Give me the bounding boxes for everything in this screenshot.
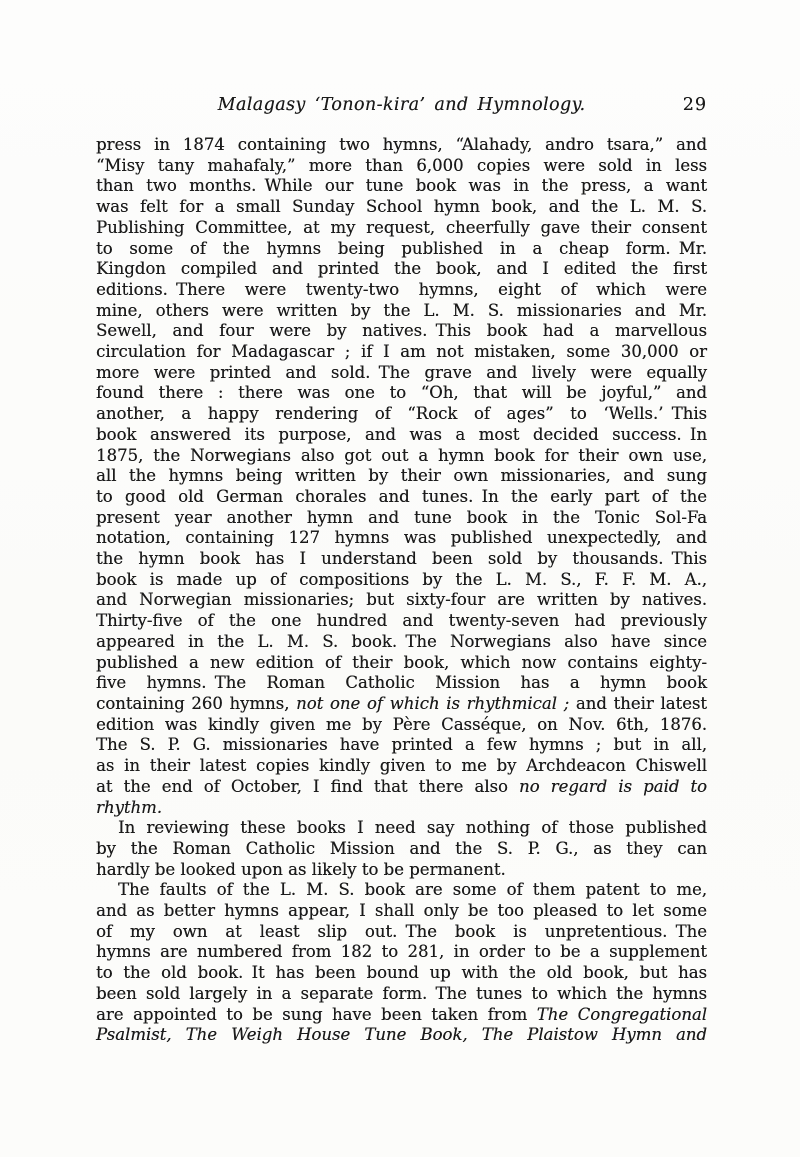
text-line: published a new edition of their book, w… <box>96 653 707 674</box>
text-line: mine, others were written by the L. M. S… <box>96 301 707 322</box>
text-line: press in 1874 containing two hymns, “Ala… <box>96 135 707 156</box>
text-line: than two months. While our tune book was… <box>96 176 707 197</box>
text-line: In reviewing these books I need say noth… <box>96 818 707 839</box>
text-line: book answered its purpose, and was a mos… <box>96 425 707 446</box>
text-line: been sold largely in a separate form. Th… <box>96 984 707 1005</box>
text-line: Psalmist, The Weigh House Tune Book, The… <box>96 1025 707 1046</box>
text-line: the hymn book has I understand been sold… <box>96 549 707 570</box>
text-line: Publishing Committee, at my request, che… <box>96 218 707 239</box>
text-line: and Norwegian missionaries; but sixty-fo… <box>96 590 707 611</box>
text-line: five hymns. The Roman Catholic Mission h… <box>96 673 707 694</box>
text-line: Thirty-five of the one hundred and twent… <box>96 611 707 632</box>
text-line: hardly be looked upon as likely to be pe… <box>96 860 707 881</box>
text-line: and as better hymns appear, I shall only… <box>96 901 707 922</box>
text-line: circulation for Madagascar ; if I am not… <box>96 342 707 363</box>
text-line: by the Roman Catholic Mission and the S.… <box>96 839 707 860</box>
text-line: notation, containing 127 hymns was publi… <box>96 528 707 549</box>
text-line: “Misy tany mahafaly,” more than 6,000 co… <box>96 156 707 177</box>
paragraph: The faults of the L. M. S. book are some… <box>96 880 707 1046</box>
text-line: as in their latest copies kindly given t… <box>96 756 707 777</box>
text-line: editions. There were twenty-two hymns, e… <box>96 280 707 301</box>
text-line: to the old book. It has been bound up wi… <box>96 963 707 984</box>
text-line: 1875, the Norwegians also got out a hymn… <box>96 446 707 467</box>
text-line: The S. P. G. missionaries have printed a… <box>96 735 707 756</box>
text-line: are appointed to be sung have been taken… <box>96 1005 707 1026</box>
text-line: to good old German chorales and tunes. I… <box>96 487 707 508</box>
page-number: 29 <box>683 94 707 116</box>
text-line: present year another hymn and tune book … <box>96 508 707 529</box>
text-line: another, a happy rendering of “Rock of a… <box>96 404 707 425</box>
text-line: more were printed and sold. The grave an… <box>96 363 707 384</box>
text-line: found there : there was one to “Oh, that… <box>96 383 707 404</box>
text-line: hymns are numbered from 182 to 281, in o… <box>96 942 707 963</box>
text-line: rhythm. <box>96 798 707 819</box>
text-line: book is made up of compositions by the L… <box>96 570 707 591</box>
text-line: at the end of October, I find that there… <box>96 777 707 798</box>
text-line: Kingdon compiled and printed the book, a… <box>96 259 707 280</box>
text-line: all the hymns being written by their own… <box>96 466 707 487</box>
paragraph: press in 1874 containing two hymns, “Ala… <box>96 135 707 818</box>
text-line: Sewell, and four were by natives. This b… <box>96 321 707 342</box>
text-line: edition was kindly given me by Père Cass… <box>96 715 707 736</box>
text-line: to some of the hymns being published in … <box>96 239 707 260</box>
book-page: Malagasy ‘Tonon-kira’ and Hymnology. 29 … <box>0 0 800 1157</box>
text-block: press in 1874 containing two hymns, “Ala… <box>96 135 707 1046</box>
text-line: The faults of the L. M. S. book are some… <box>96 880 707 901</box>
text-line: of my own at least slip out. The book is… <box>96 922 707 943</box>
paragraph: In reviewing these books I need say noth… <box>96 818 707 880</box>
text-line: was felt for a small Sunday School hymn … <box>96 197 707 218</box>
running-head: Malagasy ‘Tonon-kira’ and Hymnology. 29 <box>96 94 707 116</box>
page-title: Malagasy ‘Tonon-kira’ and Hymnology. <box>96 94 707 116</box>
text-line: appeared in the L. M. S. book. The Norwe… <box>96 632 707 653</box>
text-line: containing 260 hymns, not one of which i… <box>96 694 707 715</box>
